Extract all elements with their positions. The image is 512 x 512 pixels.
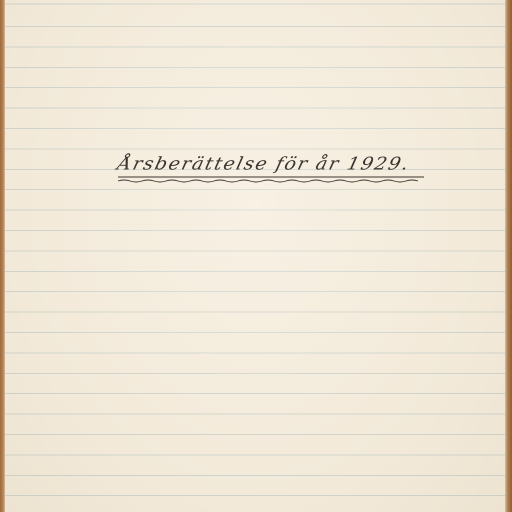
heading-text: Årsberättelse för år 1929. [115, 154, 412, 174]
document-page: Årsberättelse för år 1929. [0, 0, 512, 512]
handwritten-heading: Årsberättelse för år 1929. [116, 150, 428, 184]
ruled-paper [5, 0, 505, 512]
double-underline [116, 174, 428, 184]
paper-shading [5, 0, 505, 512]
page-edge-right [505, 0, 512, 512]
